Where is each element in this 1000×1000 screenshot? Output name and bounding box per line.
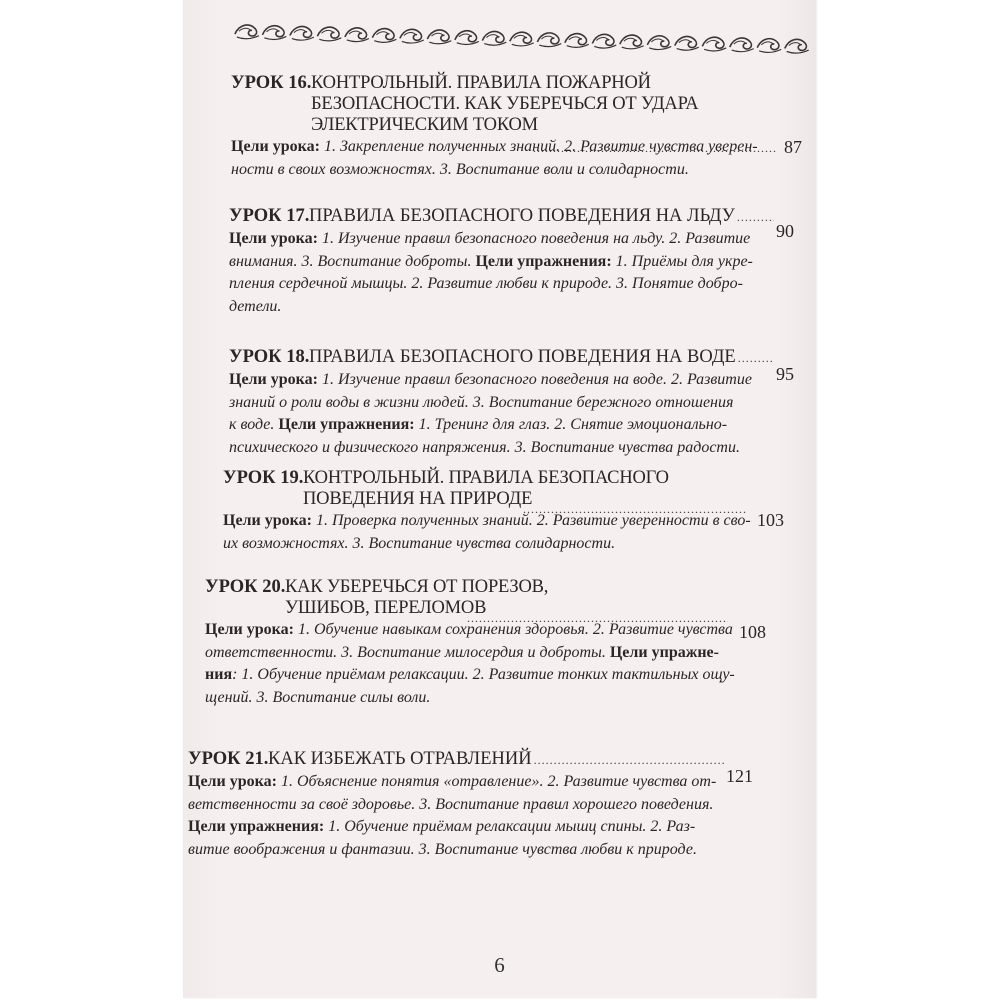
- toc-entry-lesson-18: УРОК 18. ПРАВИЛА БЕЗОПАСНОГО ПОВЕДЕНИЯ Н…: [229, 338, 794, 459]
- lesson-title: КОНТРОЛЬНЫЙ. ПРАВИЛА ПОЖАРНОЙ БЕЗОПАСНОС…: [311, 73, 796, 136]
- page-reference[interactable]: 87: [784, 137, 802, 158]
- page-number: 6: [183, 953, 816, 978]
- lesson-title: ПРАВИЛА БЕЗОПАСНОГО ПОВЕДЕНИЯ НА ЛЬДУ: [309, 206, 735, 227]
- lesson-goals: Цели урока: 1. Изучение правил безопасно…: [229, 369, 794, 459]
- toc-entry-lesson-21: УРОК 21. КАК ИЗБЕЖАТЬ ОТРАВЛЕНИЙ 121 Цел…: [188, 740, 753, 861]
- toc-entry-lesson-20: УРОК 20. КАК УБЕРЕЧЬСЯ ОТ ПОРЕЗОВ, УШИБО…: [205, 577, 770, 709]
- table-of-contents: УРОК 16. КОНТРОЛЬНЫЙ. ПРАВИЛА ПОЖАРНОЙ Б…: [183, 0, 816, 998]
- page-reference[interactable]: 103: [757, 510, 784, 531]
- toc-entry-lesson-17: УРОК 17. ПРАВИЛА БЕЗОПАСНОГО ПОВЕДЕНИЯ Н…: [229, 205, 794, 318]
- toc-entry-lesson-16: УРОК 16. КОНТРОЛЬНЫЙ. ПРАВИЛА ПОЖАРНОЙ Б…: [231, 73, 796, 181]
- toc-entry-lesson-19: УРОК 19. КОНТРОЛЬНЫЙ. ПРАВИЛА БЕЗОПАСНОГ…: [223, 468, 788, 555]
- dot-leader: [534, 750, 724, 771]
- lesson-title: КАК ИЗБЕЖАТЬ ОТРАВЛЕНИЙ: [268, 749, 532, 770]
- dot-leader: [533, 141, 776, 156]
- dot-leader: [467, 611, 728, 626]
- page-reference[interactable]: 108: [739, 622, 766, 643]
- page-reference[interactable]: 95: [776, 364, 794, 385]
- lesson-number: УРОК 16.: [231, 73, 311, 136]
- dot-leader: [523, 502, 746, 517]
- lesson-goals: Цели урока: 1. Объяснение понятия «отрав…: [188, 771, 753, 861]
- lesson-number: УРОК 21.: [188, 749, 268, 770]
- page-reference[interactable]: 121: [726, 766, 753, 787]
- lesson-number: УРОК 19.: [223, 468, 303, 510]
- page-reference[interactable]: 90: [776, 221, 794, 242]
- book-page: УРОК 16. КОНТРОЛЬНЫЙ. ПРАВИЛА ПОЖАРНОЙ Б…: [183, 0, 816, 998]
- dot-leader: [738, 348, 774, 369]
- dot-leader: [737, 207, 774, 228]
- lesson-title: ПРАВИЛА БЕЗОПАСНОГО ПОВЕДЕНИЯ НА ВОДЕ: [309, 347, 736, 368]
- lesson-number: УРОК 17.: [229, 206, 309, 227]
- lesson-goals: Цели урока: 1. Обучение навыкам сохранен…: [205, 619, 770, 709]
- lesson-goals: Цели урока: 1. Изучение правил безопасно…: [229, 228, 794, 318]
- lesson-number: УРОК 20.: [205, 577, 285, 619]
- lesson-number: УРОК 18.: [229, 347, 309, 368]
